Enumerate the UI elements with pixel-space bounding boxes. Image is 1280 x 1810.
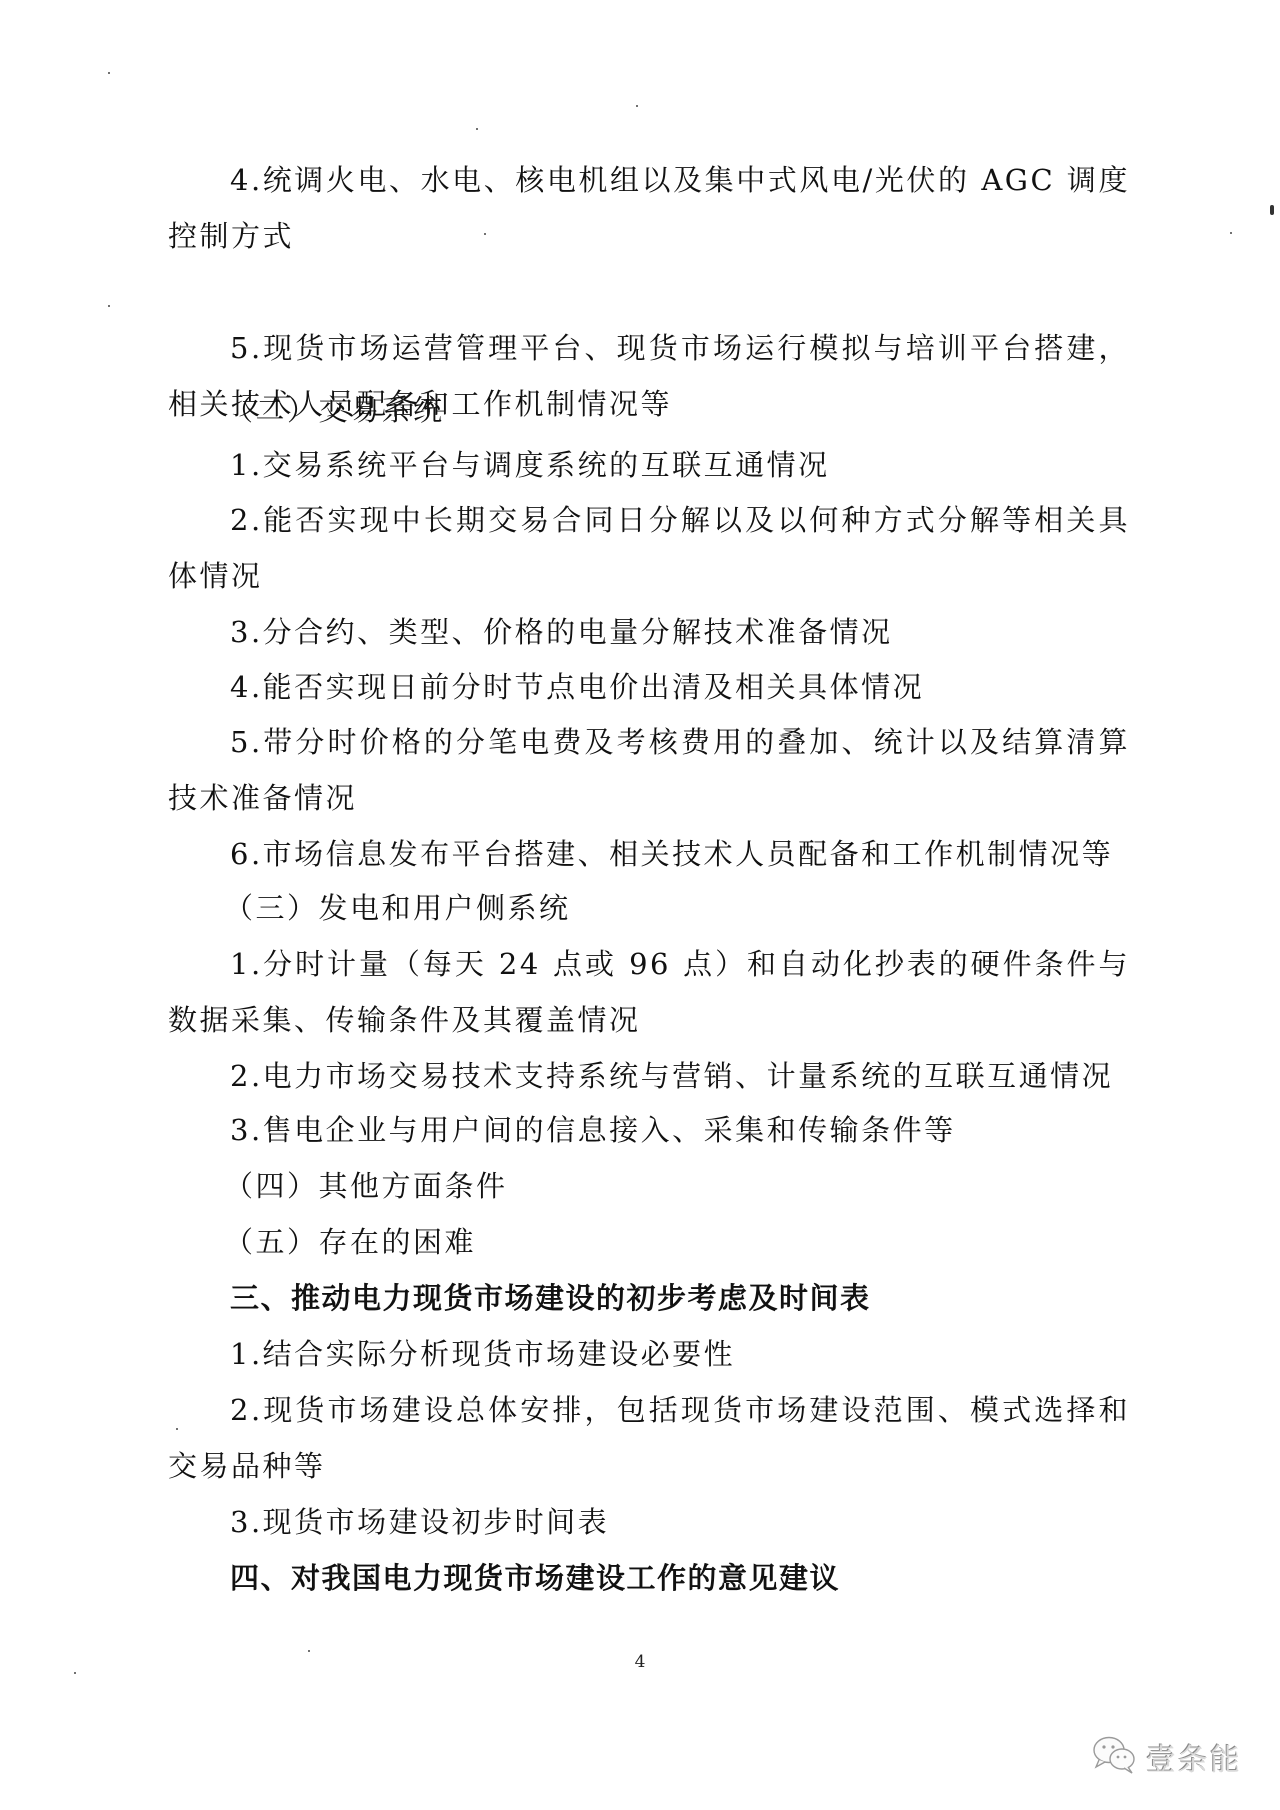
- list-item-retailer-info: 3.售电企业与用户间的信息接入、采集和传输条件等: [168, 1102, 1130, 1158]
- list-item-settlement: 5.带分时价格的分笔电费及考核费用的叠加、统计以及结算清算技术准备情况: [168, 714, 1130, 826]
- scan-speck: [308, 1650, 310, 1652]
- subsection-heading-other-conditions: （四）其他方面条件: [168, 1158, 1130, 1214]
- section-heading-suggestions: 四、对我国电力现货市场建设工作的意见建议: [168, 1550, 1130, 1606]
- wechat-icon: [1092, 1735, 1138, 1779]
- scan-edge-mark: [1270, 205, 1274, 215]
- watermark: 壹条能: [1092, 1735, 1242, 1779]
- subsection-heading-generation-user-side: （三）发电和用户侧系统: [168, 880, 1130, 936]
- subsection-heading-difficulties: （五）存在的困难: [168, 1214, 1130, 1270]
- list-item-contract-decomposition: 2.能否实现中长期交易合同日分解以及以何种方式分解等相关具体情况: [168, 492, 1130, 604]
- list-item-info-platform: 6.市场信息发布平台搭建、相关技术人员配备和工作机制情况等: [168, 826, 1130, 882]
- scan-speck: [636, 105, 638, 107]
- document-page: 4.统调火电、水电、核电机组以及集中式风电/光伏的 AGC 调度控制方式 5.现…: [0, 0, 1280, 1810]
- watermark-label: 壹条能: [1146, 1735, 1242, 1779]
- subsection-heading-trading-system: （二）交易系统: [168, 382, 1130, 438]
- list-item-energy-decomposition: 3.分合约、类型、价格的电量分解技术准备情况: [168, 604, 1130, 660]
- list-item-interconnection: 1.交易系统平台与调度系统的互联互通情况: [168, 437, 1130, 493]
- scan-speck: [1230, 232, 1232, 234]
- list-item-preliminary-timeline: 3.现货市场建设初步时间表: [168, 1494, 1130, 1550]
- scan-speck: [74, 1672, 76, 1674]
- list-item-metering: 1.分时计量（每天 24 点或 96 点）和自动化抄表的硬件条件与数据采集、传输…: [168, 936, 1130, 1048]
- list-item-overall-arrangement: 2.现货市场建设总体安排，包括现货市场建设范围、模式选择和交易品种等: [168, 1382, 1130, 1494]
- scan-speck: [108, 305, 110, 307]
- list-item-nodal-price-clearing: 4.能否实现日前分时节点电价出清及相关具体情况: [168, 659, 1130, 715]
- scan-speck: [476, 128, 478, 130]
- list-item-marketing-interconnection: 2.电力市场交易技术支持系统与营销、计量系统的互联互通情况: [168, 1048, 1130, 1104]
- list-item-necessity: 1.结合实际分析现货市场建设必要性: [168, 1326, 1130, 1382]
- scan-speck: [484, 233, 486, 235]
- scan-speck: [108, 72, 110, 74]
- scan-speck: [176, 1428, 178, 1430]
- section-heading-timeline: 三、推动电力现货市场建设的初步考虑及时间表: [168, 1270, 1130, 1326]
- page-number: 4: [0, 1652, 1280, 1672]
- list-item-agc-control: 4.统调火电、水电、核电机组以及集中式风电/光伏的 AGC 调度控制方式: [168, 152, 1130, 264]
